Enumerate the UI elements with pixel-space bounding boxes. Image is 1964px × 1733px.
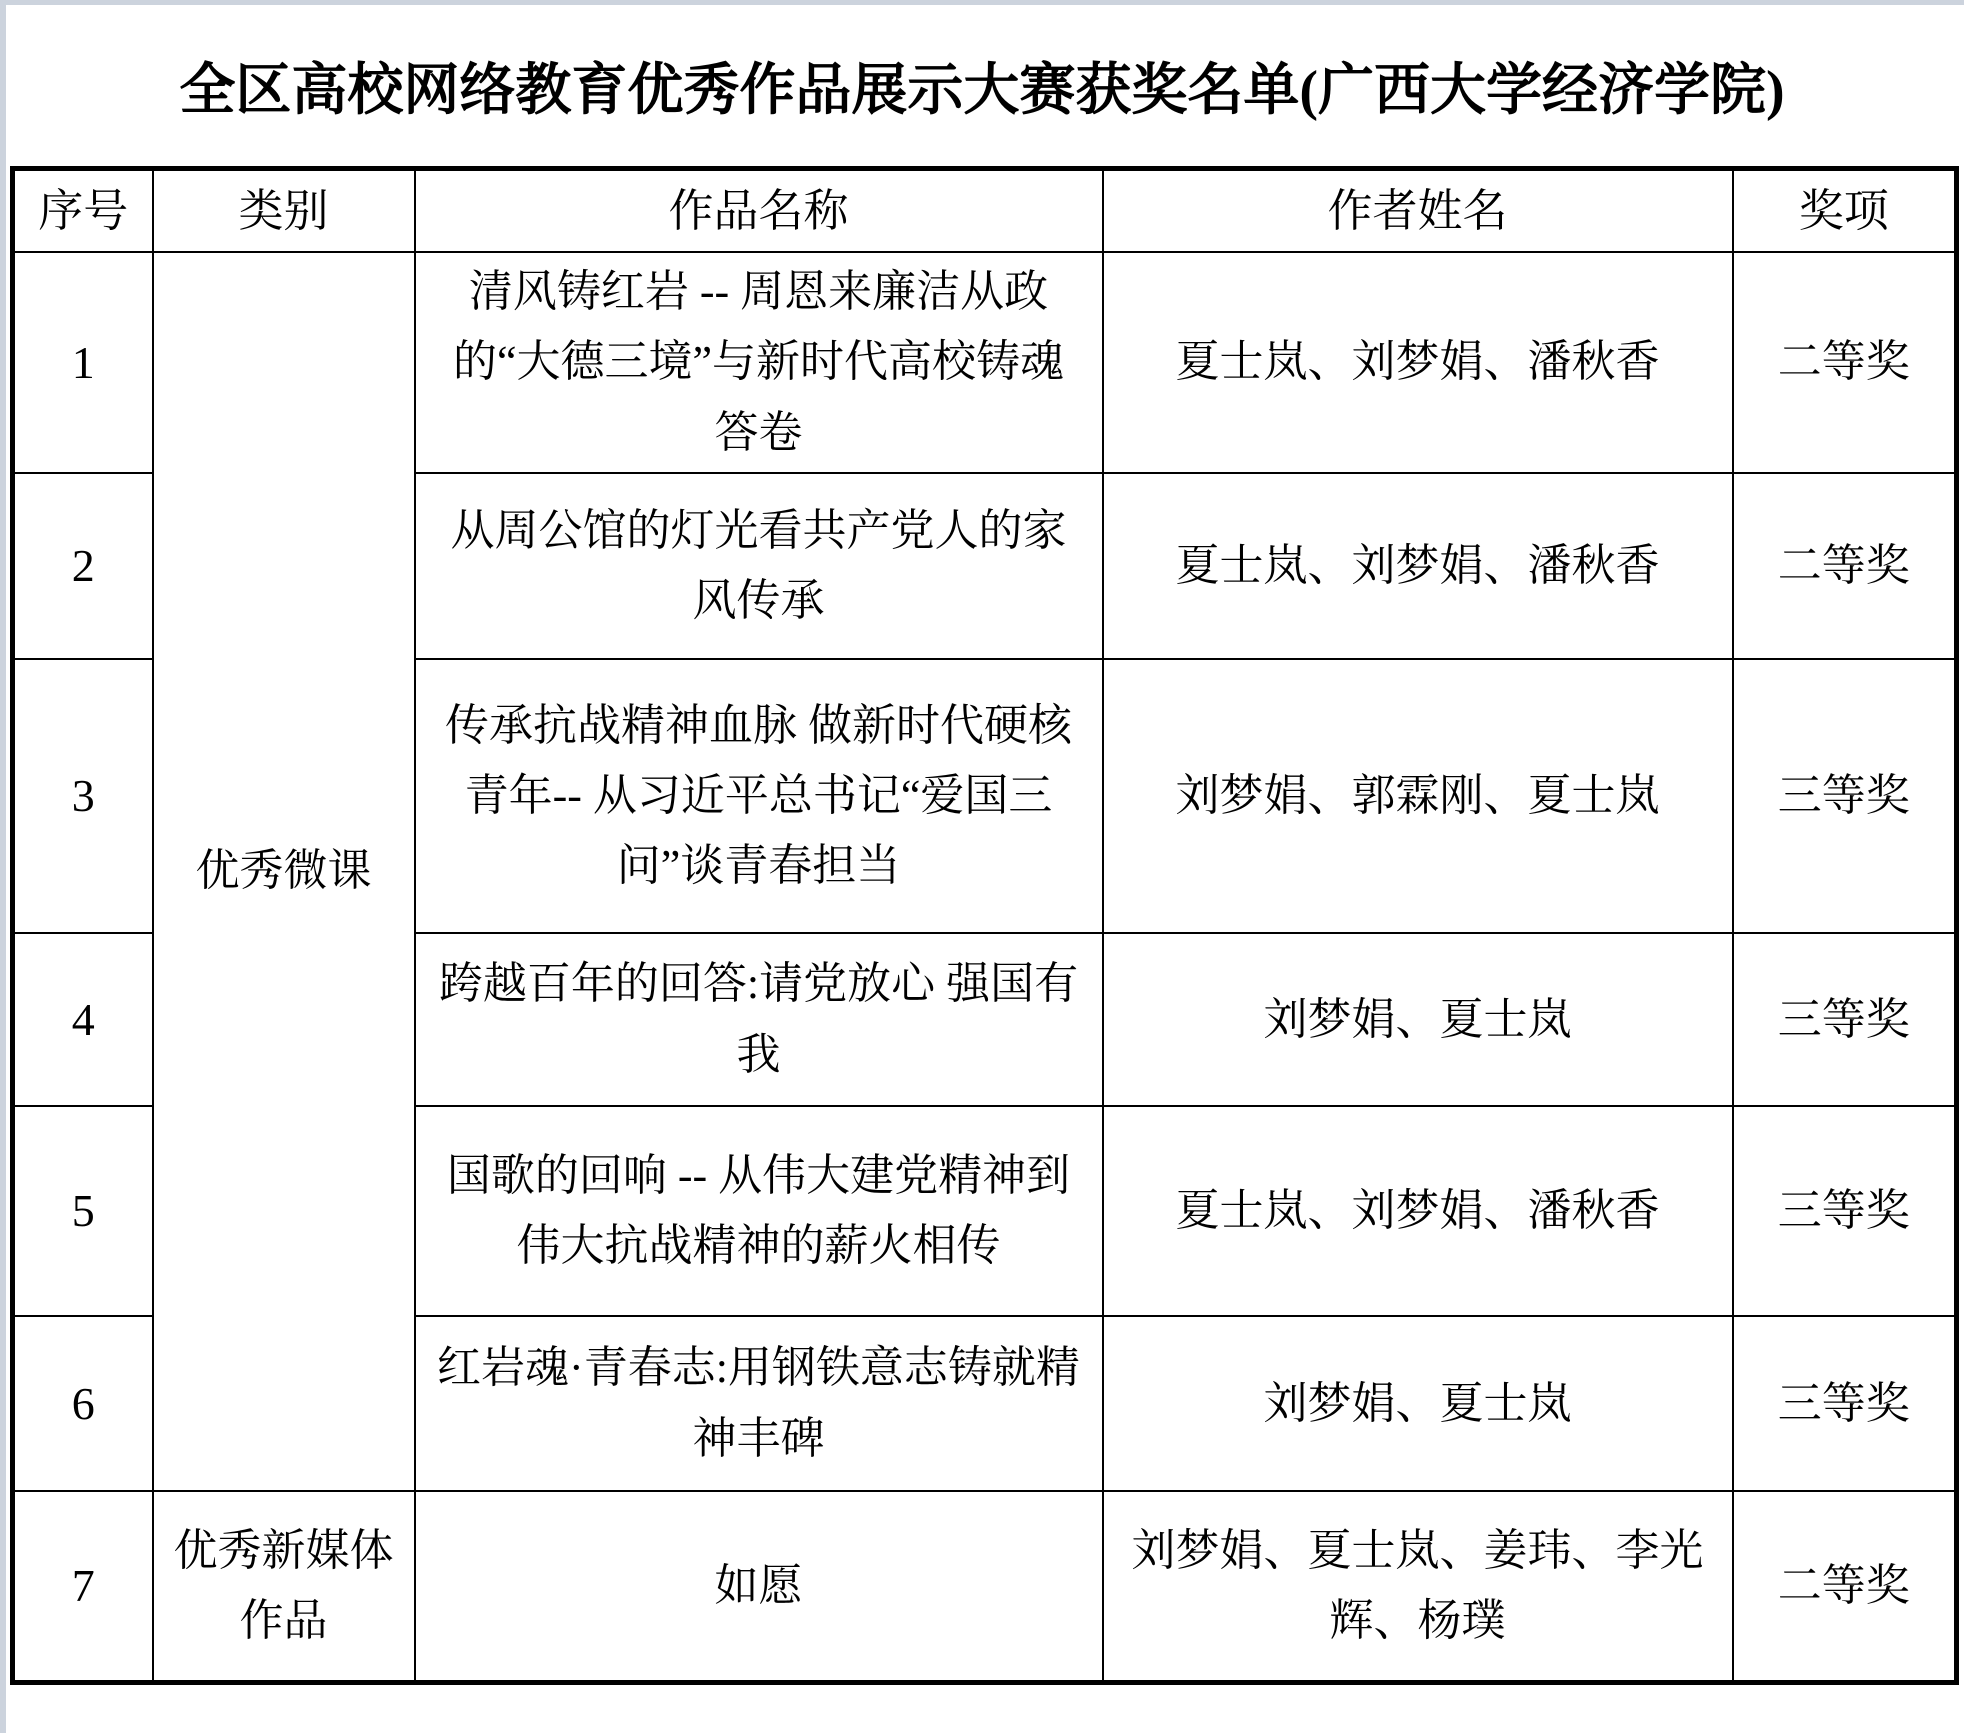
- cell-no: 6: [13, 1316, 153, 1491]
- cell-work-name: 国歌的回响 -- 从伟大建党精神到伟大抗战精神的薪火相传: [415, 1106, 1103, 1316]
- cell-work-name: 从周公馆的灯光看共产党人的家风传承: [415, 473, 1103, 659]
- cell-work-name: 传承抗战精神血脉 做新时代硬核青年-- 从习近平总书记“爱国三问”谈青春担当: [415, 659, 1103, 933]
- header-award: 奖项: [1733, 169, 1957, 253]
- cell-no: 4: [13, 933, 153, 1106]
- cell-authors: 刘梦娟、夏士岚: [1103, 1316, 1733, 1491]
- header-no: 序号: [13, 169, 153, 253]
- document-page: 全区高校网络教育优秀作品展示大赛获奖名单(广西大学经济学院) 序号 类别 作品名…: [0, 0, 1964, 1733]
- cell-award: 三等奖: [1733, 1316, 1957, 1491]
- header-work-name: 作品名称: [415, 169, 1103, 253]
- cell-authors: 刘梦娟、郭霖刚、夏士岚: [1103, 659, 1733, 933]
- cell-authors: 刘梦娟、夏士岚: [1103, 933, 1733, 1106]
- header-category: 类别: [153, 169, 415, 253]
- cell-no: 1: [13, 252, 153, 473]
- header-author-names: 作者姓名: [1103, 169, 1733, 253]
- cell-category-micro-course: 优秀微课: [153, 252, 415, 1491]
- cell-authors: 夏士岚、刘梦娟、潘秋香: [1103, 473, 1733, 659]
- cell-award: 三等奖: [1733, 1106, 1957, 1316]
- cell-award: 二等奖: [1733, 1491, 1957, 1682]
- table-row: 7 优秀新媒体作品 如愿 刘梦娟、夏士岚、姜玮、李光辉、杨璞 二等奖: [13, 1491, 1957, 1682]
- cell-award: 二等奖: [1733, 252, 1957, 473]
- cell-work-name: 清风铸红岩 -- 周恩来廉洁从政的“大德三境”与新时代高校铸魂答卷: [415, 252, 1103, 473]
- cell-category-new-media: 优秀新媒体作品: [153, 1491, 415, 1682]
- page-edge-top: [0, 0, 1964, 5]
- cell-work-name: 如愿: [415, 1491, 1103, 1682]
- cell-authors: 夏士岚、刘梦娟、潘秋香: [1103, 252, 1733, 473]
- cell-authors: 刘梦娟、夏士岚、姜玮、李光辉、杨璞: [1103, 1491, 1733, 1682]
- cell-no: 5: [13, 1106, 153, 1316]
- cell-award: 三等奖: [1733, 659, 1957, 933]
- cell-no: 2: [13, 473, 153, 659]
- cell-award: 二等奖: [1733, 473, 1957, 659]
- cell-work-name: 红岩魂·青春志:用钢铁意志铸就精神丰碑: [415, 1316, 1103, 1491]
- cell-award: 三等奖: [1733, 933, 1957, 1106]
- award-table: 序号 类别 作品名称 作者姓名 奖项 1 优秀微课 清风铸红岩 -- 周恩来廉洁…: [10, 166, 1959, 1685]
- header-row: 序号 类别 作品名称 作者姓名 奖项: [13, 169, 1957, 253]
- table-row: 1 优秀微课 清风铸红岩 -- 周恩来廉洁从政的“大德三境”与新时代高校铸魂答卷…: [13, 252, 1957, 473]
- page-edge-left: [0, 0, 6, 1733]
- cell-work-name: 跨越百年的回答:请党放心 强国有我: [415, 933, 1103, 1106]
- cell-no: 7: [13, 1491, 153, 1682]
- page-title: 全区高校网络教育优秀作品展示大赛获奖名单(广西大学经济学院): [0, 0, 1964, 124]
- cell-authors: 夏士岚、刘梦娟、潘秋香: [1103, 1106, 1733, 1316]
- cell-no: 3: [13, 659, 153, 933]
